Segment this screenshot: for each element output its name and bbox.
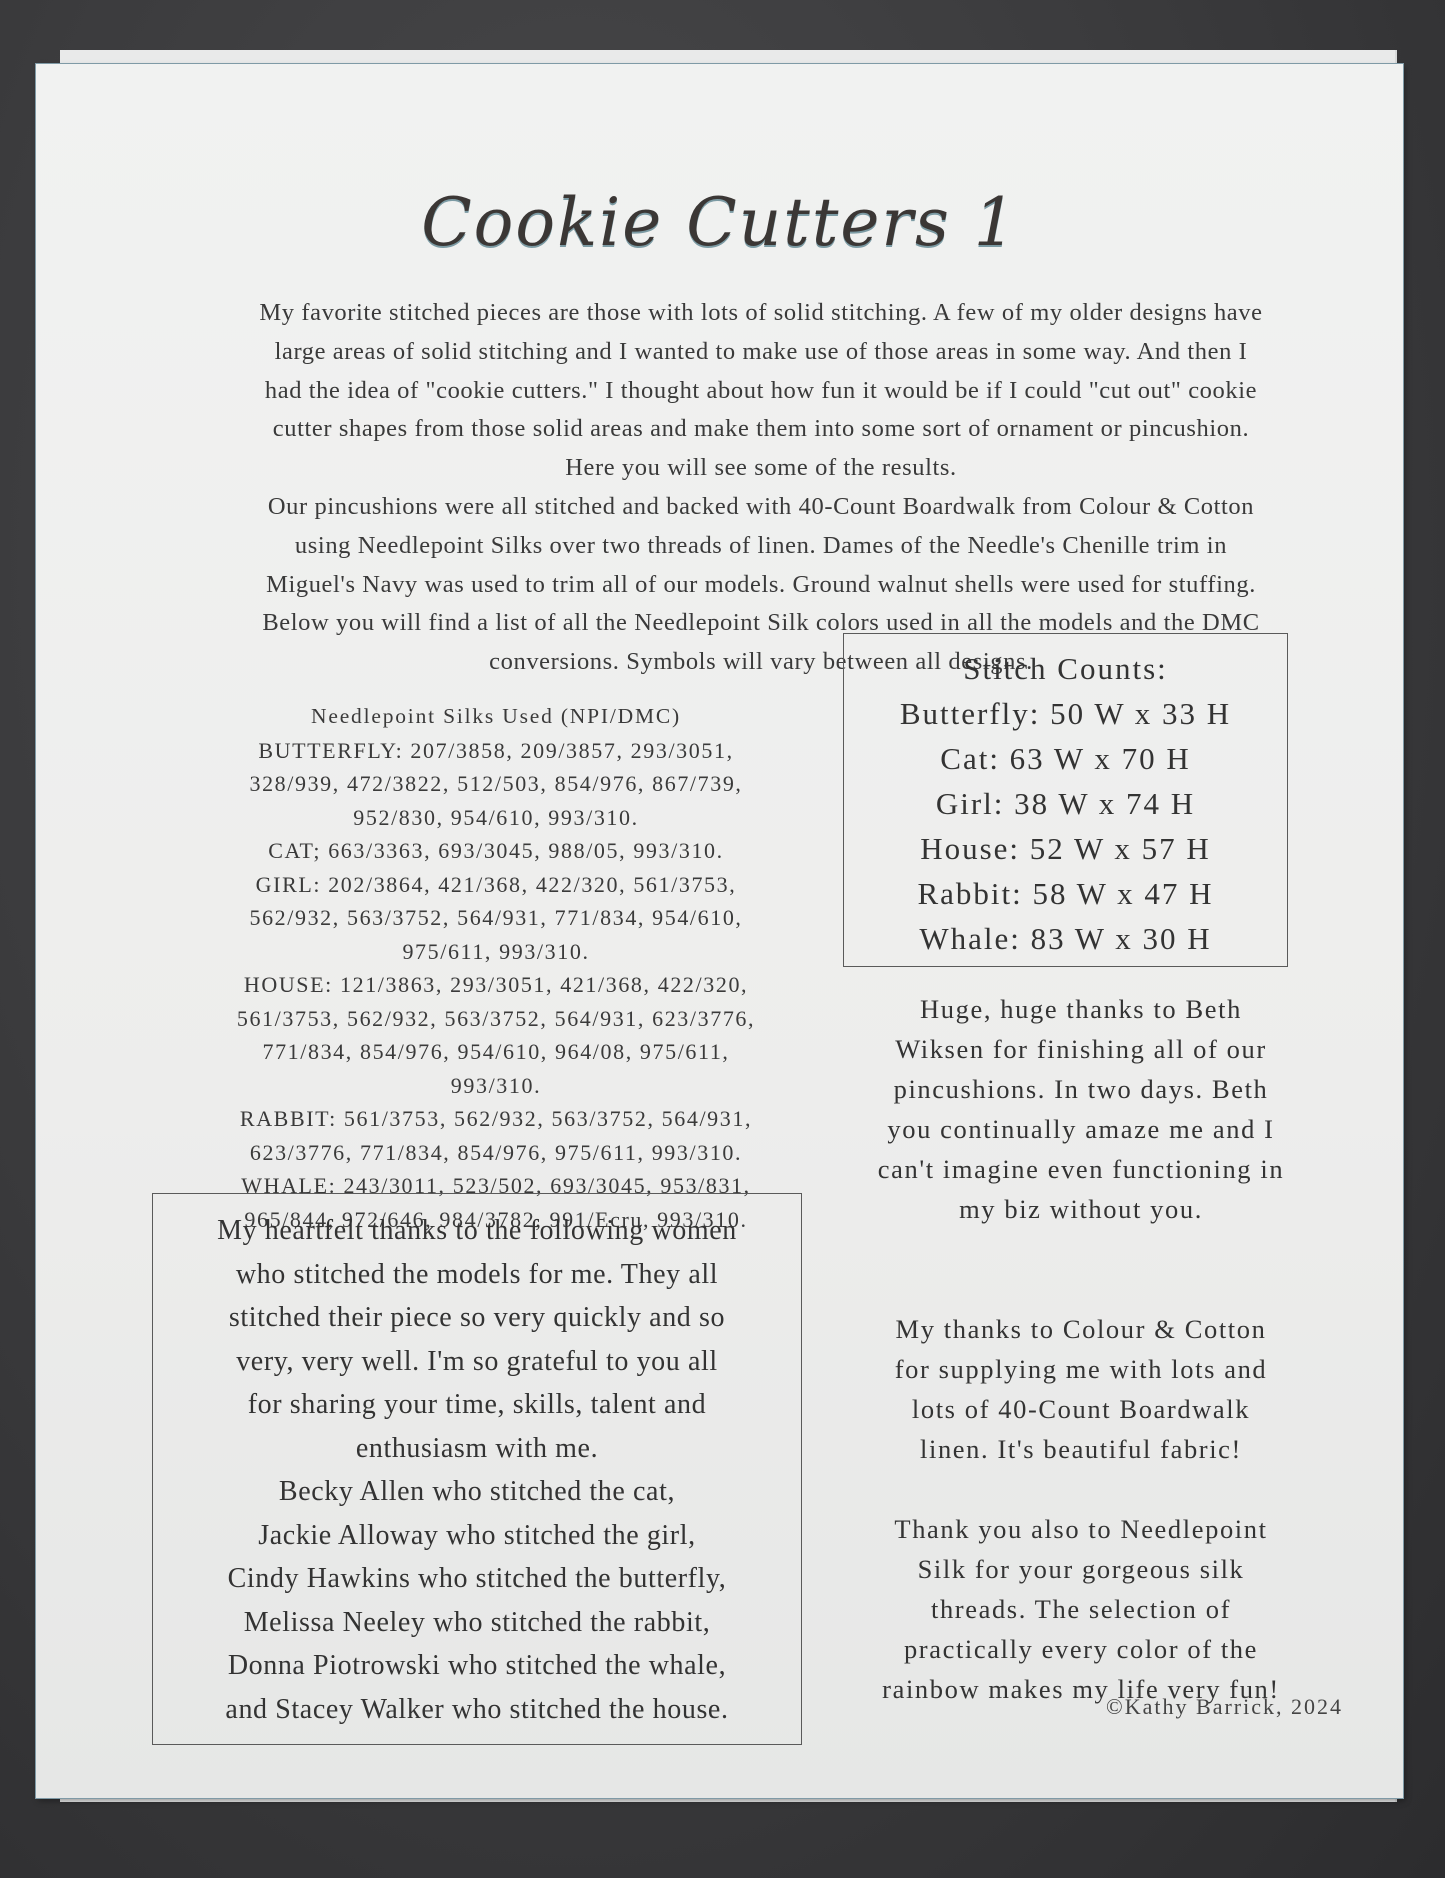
paragraph-line: practically every color of the [836, 1629, 1326, 1669]
paragraph-line: Wiksen for finishing all of our [836, 1029, 1326, 1069]
intro-line: large areas of solid stitching and I wan… [146, 333, 1376, 372]
paragraph-line: linen. It's beautiful fabric! [836, 1429, 1326, 1469]
colour-cotton-paragraph: My thanks to Colour & Cotton for supplyi… [836, 1309, 1326, 1469]
paragraph-line: stitched their piece so very quickly and… [153, 1296, 801, 1340]
paragraph-line: my biz without you. [836, 1189, 1326, 1229]
paragraph-line: who stitched the models for me. They all [153, 1253, 801, 1297]
stitcher-credit: Becky Allen who stitched the cat, [153, 1470, 801, 1514]
intro-line: using Needlepoint Silks over two threads… [146, 527, 1376, 566]
intro-line: had the idea of "cookie cutters." I thou… [146, 372, 1376, 411]
paragraph-line: My thanks to Colour & Cotton [836, 1309, 1326, 1349]
silks-line: HOUSE: 121/3863, 293/3051, 421/368, 422/… [176, 968, 816, 1002]
copyright-notice: ©Kathy Barrick, 2024 [1106, 1694, 1343, 1720]
stitch-count-row: House: 52 W x 57 H [844, 826, 1287, 871]
stitch-count-row: Butterfly: 50 W x 33 H [844, 691, 1287, 736]
stitch-count-row: Whale: 83 W x 30 H [844, 916, 1287, 961]
stitcher-credit: Cindy Hawkins who stitched the butterfly… [153, 1557, 801, 1601]
paragraph-line: pincushions. In two days. Beth [836, 1069, 1326, 1109]
silks-line: 771/834, 854/976, 954/610, 964/08, 975/6… [176, 1035, 816, 1069]
paragraph-line: for supplying me with lots and [836, 1349, 1326, 1389]
silks-line: 952/830, 954/610, 993/310. [176, 801, 816, 835]
silks-line: 975/611, 993/310. [176, 935, 816, 969]
stitchers-thanks-box: My heartfelt thanks to the following wom… [152, 1193, 802, 1745]
silks-line: GIRL: 202/3864, 421/368, 422/320, 561/37… [176, 868, 816, 902]
silks-line: 623/3776, 771/834, 854/976, 975/611, 993… [176, 1136, 816, 1170]
paragraph-line: threads. The selection of [836, 1589, 1326, 1629]
paragraph-line: you continually amaze me and I [836, 1109, 1326, 1149]
paragraph-line: Huge, huge thanks to Beth [836, 989, 1326, 1029]
beth-thanks-paragraph: Huge, huge thanks to Beth Wiksen for fin… [836, 989, 1326, 1229]
silks-line: 561/3753, 562/932, 563/3752, 564/931, 62… [176, 1002, 816, 1036]
paragraph-line: lots of 40-Count Boardwalk [836, 1389, 1326, 1429]
paragraph-line: enthusiasm with me. [153, 1427, 801, 1471]
intro-line: Our pincushions were all stitched and ba… [146, 488, 1376, 527]
stitch-count-row: Cat: 63 W x 70 H [844, 736, 1287, 781]
silks-heading: Needlepoint Silks Used (NPI/DMC) [176, 700, 816, 734]
stitch-counts-heading: Stitch Counts: [844, 646, 1287, 691]
stitch-count-row: Rabbit: 58 W x 47 H [844, 871, 1287, 916]
silks-line: 993/310. [176, 1069, 816, 1103]
stitcher-credit: Melissa Neeley who stitched the rabbit, [153, 1601, 801, 1645]
stitch-counts-box: Stitch Counts: Butterfly: 50 W x 33 H Ca… [843, 633, 1288, 967]
page-title: Cookie Cutters 1 [36, 184, 1403, 261]
needlepoint-silk-paragraph: Thank you also to Needlepoint Silk for y… [836, 1509, 1326, 1709]
paragraph-line: Silk for your gorgeous silk [836, 1549, 1326, 1589]
intro-line: Miguel's Navy was used to trim all of ou… [146, 566, 1376, 605]
intro-paragraph: My favorite stitched pieces are those wi… [146, 294, 1376, 682]
document-page: Cookie Cutters 1 My favorite stitched pi… [36, 64, 1403, 1798]
silks-line: BUTTERFLY: 207/3858, 209/3857, 293/3051, [176, 734, 816, 768]
stitcher-credit: Donna Piotrowski who stitched the whale, [153, 1644, 801, 1688]
intro-line: cutter shapes from those solid areas and… [146, 410, 1376, 449]
silks-line: 562/932, 563/3752, 564/931, 771/834, 954… [176, 901, 816, 935]
silks-line: CAT; 663/3363, 693/3045, 988/05, 993/310… [176, 834, 816, 868]
stitch-count-row: Girl: 38 W x 74 H [844, 781, 1287, 826]
paragraph-line: My heartfelt thanks to the following wom… [153, 1209, 801, 1253]
intro-line: Here you will see some of the results. [146, 449, 1376, 488]
paragraph-line: very, very well. I'm so grateful to you … [153, 1340, 801, 1384]
silks-list: Needlepoint Silks Used (NPI/DMC) BUTTERF… [176, 700, 816, 1236]
paragraph-line: for sharing your time, skills, talent an… [153, 1383, 801, 1427]
stitcher-credit: and Stacey Walker who stitched the house… [153, 1688, 801, 1732]
paragraph-line: can't imagine even functioning in [836, 1149, 1326, 1189]
silks-line: 328/939, 472/3822, 512/503, 854/976, 867… [176, 767, 816, 801]
intro-line: My favorite stitched pieces are those wi… [146, 294, 1376, 333]
silks-line: RABBIT: 561/3753, 562/932, 563/3752, 564… [176, 1102, 816, 1136]
paragraph-line: Thank you also to Needlepoint [836, 1509, 1326, 1549]
stitcher-credit: Jackie Alloway who stitched the girl, [153, 1514, 801, 1558]
